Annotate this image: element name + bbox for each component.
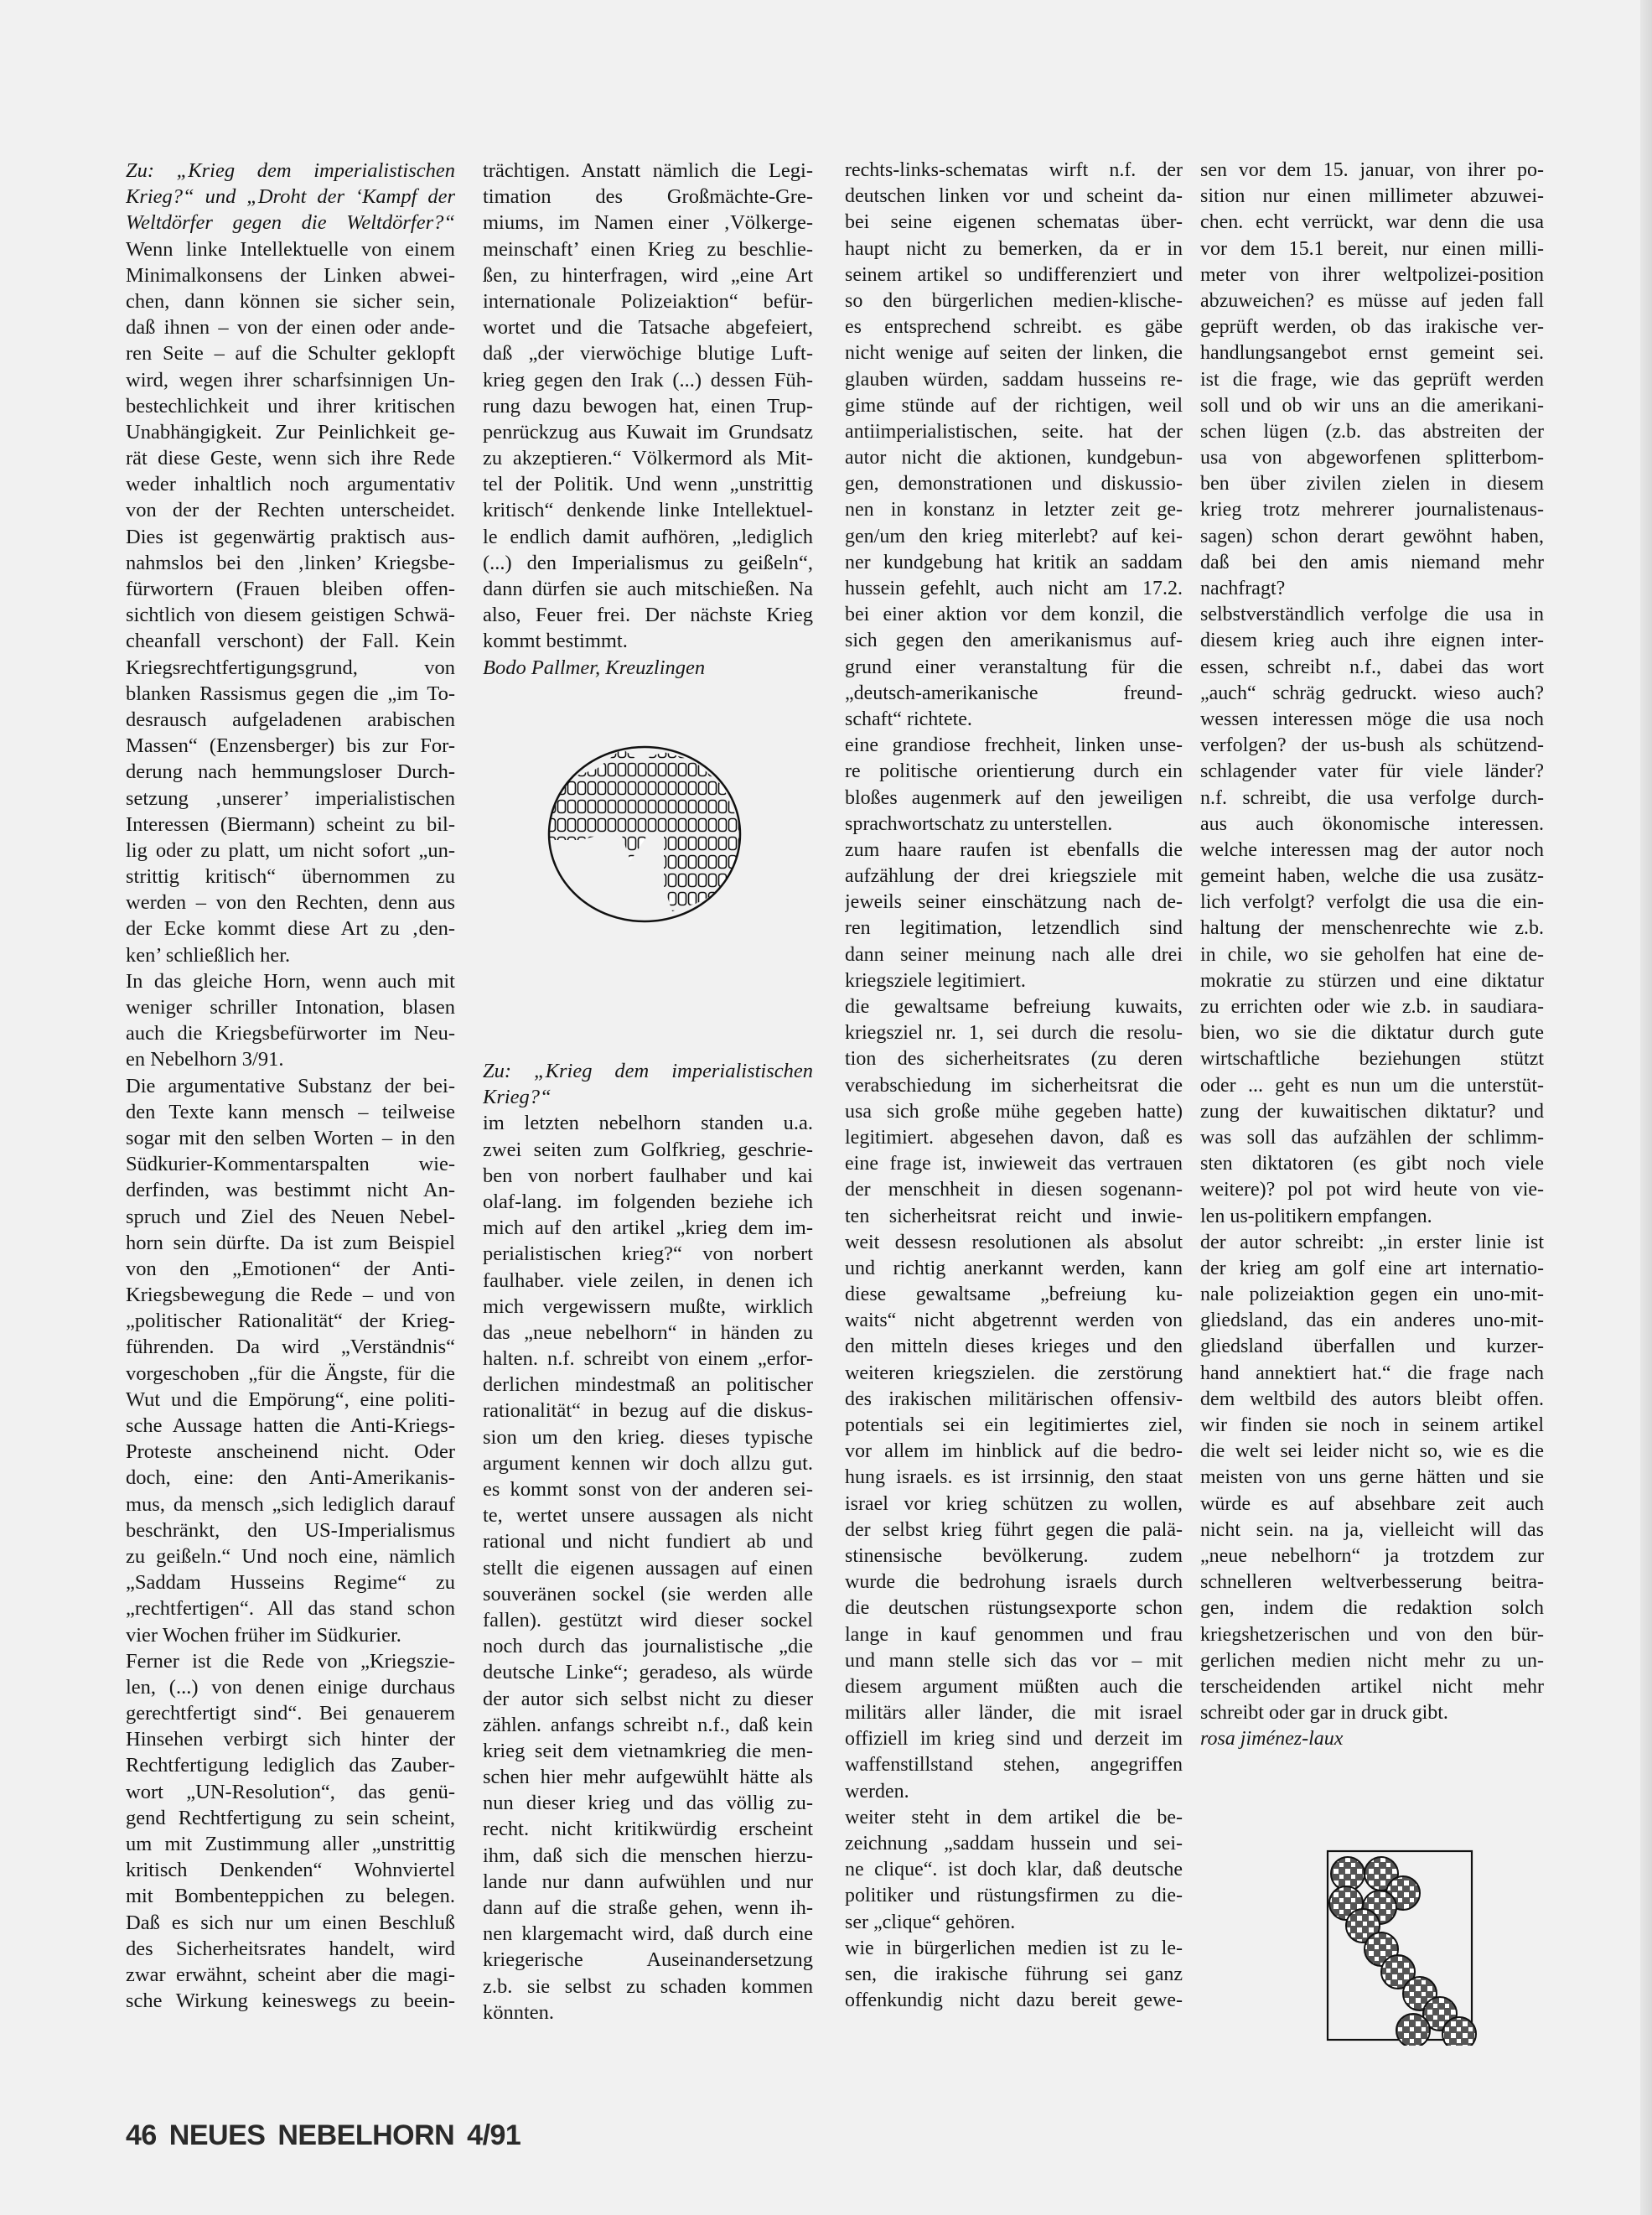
- text-line: dann auf die straße gehen, wenn ih-: [483, 1895, 813, 1921]
- text-line: diese gewaltsame „befreiung ku-: [845, 1282, 1183, 1308]
- text-line: den mitteln dieses krieges und den: [845, 1334, 1183, 1360]
- text-line: der selbst krieg führt gegen die palä-: [845, 1517, 1183, 1543]
- text-line: schen hier mehr aufgewühlt hätte als: [483, 1764, 813, 1790]
- text-line: autor nicht die aktionen, kundgebun-: [845, 445, 1183, 471]
- text-line: „auch“ schräg gedruckt. wieso auch?: [1200, 681, 1544, 707]
- text-line: politiker und rüstungsfirmen zu die-: [845, 1883, 1183, 1909]
- text-line: penrückzug aus Kuwait im Grundsatz: [483, 419, 813, 445]
- text-line: strittig kritisch“ übernommen zu: [126, 864, 455, 890]
- text-line: also, Feuer frei. Der nächste Krieg: [483, 602, 813, 628]
- text-line: eine grandiose frechheit, linken unse-: [845, 733, 1183, 759]
- text-line: In das gleiche Horn, wenn auch mit: [126, 968, 455, 994]
- text-line: terscheidenden artikel nicht mehr: [1200, 1674, 1544, 1700]
- text-line: trächtigen. Anstatt nämlich die Legi-: [483, 158, 813, 184]
- text-line: werden – von den Rechten, denn aus: [126, 890, 455, 916]
- text-line: horn sein dürfte. Da ist zum Beispiel: [126, 1230, 455, 1256]
- text-line: setzung ‚unserer’ imperialistischen: [126, 786, 455, 812]
- letter-signature: Bodo Pallmer, Kreuzlingen: [483, 655, 813, 681]
- text-line: Kriegsrechtfertigungsgrund, von: [126, 655, 455, 681]
- text-line: re politische orientierung durch ein: [845, 759, 1183, 785]
- text-line: mus, da mensch „sich lediglich darauf: [126, 1491, 455, 1517]
- text-line: mokratie zu stürzen und eine diktatur: [1200, 968, 1544, 994]
- text-line: zum haare raufen ist ebenfalls die: [845, 838, 1183, 864]
- text-line: des Sicherheitsrates handelt, wird: [126, 1936, 455, 1962]
- text-line: zu akzeptieren.“ Völkermord als Mit-: [483, 445, 813, 471]
- text-line: militärs aller länder, die mit israel: [845, 1700, 1183, 1726]
- text-line: daß „der vierwöchige blutige Luft-: [483, 340, 813, 366]
- text-line: mich auf den artikel „krieg dem im-: [483, 1215, 813, 1241]
- text-line: seinem artikel so undifferenziert und: [845, 262, 1183, 288]
- text-line: „deutsch-amerikanische freund-: [845, 681, 1183, 707]
- text-line: sen vor dem 15. januar, von ihrer po-: [1200, 158, 1544, 184]
- text-line: sche Aussage hatten die Anti-Kriegs-: [126, 1413, 455, 1439]
- text-line: tel der Politik. Und wenn „unstrittig: [483, 471, 813, 497]
- text-line: chen, dann können sie sicher sein,: [126, 288, 455, 314]
- column-1: Zu: „Krieg dem imperialistischenKrieg?“ …: [126, 158, 455, 2014]
- text-line: sen, die irakische führung sei ganz: [845, 1962, 1183, 1988]
- text-line: derlichen mindestmaß an politischer: [483, 1372, 813, 1398]
- text-line: hand annektiert hat.“ die frage nach: [1200, 1361, 1544, 1387]
- text-line: nun dieser krieg und das völlig zu-: [483, 1790, 813, 1816]
- text-line: die welt sei leider nicht so, wie es die: [1200, 1439, 1544, 1465]
- text-line: diesem krieg auch ihre eignen inter-: [1200, 628, 1544, 654]
- column-4: sen vor dem 15. januar, von ihrer po-sit…: [1200, 158, 1544, 1752]
- text-line: soll und ob wir uns an die amerikani-: [1200, 393, 1544, 419]
- text-line: weiteren kriegszielen. die zerstörung: [845, 1361, 1183, 1387]
- text-line: beschränkt, den US-Imperialismus: [126, 1517, 455, 1543]
- text-line: selbstverständlich verfolge die usa in: [1200, 602, 1544, 628]
- text-line: kriegshetzerischen und von den bür-: [1200, 1622, 1544, 1648]
- text-line: perialistischen krieg?“ von norbert: [483, 1241, 813, 1267]
- text-line: sich gegen den amerikanismus auf-: [845, 628, 1183, 654]
- text-line: diesem argument müßten auch die: [845, 1674, 1183, 1700]
- text-line: wirtschaftliche beziehungen stützt: [1200, 1046, 1544, 1072]
- text-line: kritisch Denkenden“ Wohnviertel: [126, 1857, 455, 1883]
- text-line: offiziell im krieg sind und derzeit im: [845, 1726, 1183, 1752]
- text-line: zwar erwähnt, scheint aber die magi-: [126, 1962, 455, 1988]
- text-line: ist die frage, wie das geprüft werden: [1200, 367, 1544, 393]
- text-line: nahmslos bei den ‚linken’ Kriegsbe-: [126, 550, 455, 576]
- text-line: legitimiert. abgesehen davon, daß es: [845, 1125, 1183, 1151]
- text-line: potentials sei ein legitimiertes ziel,: [845, 1413, 1183, 1439]
- text-line: daß ihnen – von der einen oder ande-: [126, 314, 455, 340]
- text-line: schreibt oder gar in druck gibt.: [1200, 1700, 1544, 1726]
- text-line: mich vergewissern mußte, wirklich: [483, 1294, 813, 1320]
- text-line: gliedsland überfallen und kurzer-: [1200, 1334, 1544, 1360]
- text-line: um mit Zustimmung aller „unstrittig: [126, 1831, 455, 1857]
- text-line: nen klargemacht wird, daß durch eine: [483, 1921, 813, 1947]
- text-line: sagen) schon derart gewöhnt haben,: [1200, 524, 1544, 550]
- text-line: glauben würden, saddam husseins re-: [845, 367, 1183, 393]
- column-2-top: trächtigen. Anstatt nämlich die Legi-tim…: [483, 158, 813, 681]
- text-line: welche interessen mag der autor noch: [1200, 838, 1544, 864]
- text-line: auch die Kriegsbefürworter im Neu-: [126, 1020, 455, 1046]
- text-line: chen. echt verrückt, war denn die usa: [1200, 210, 1544, 236]
- text-line: dem weltbild des autors bleibt offen.: [1200, 1387, 1544, 1413]
- text-line: (...) den Imperialismus zu geißeln“,: [483, 550, 813, 576]
- text-line: sichtlich von diesem geistigen Schwä-: [126, 602, 455, 628]
- text-line: nachfragt?: [1200, 576, 1544, 602]
- text-line: rechts-links-schematas wirft n.f. der: [845, 158, 1183, 184]
- text-line: gliedsland, das ein anderes uno-mit-: [1200, 1308, 1544, 1334]
- text-line: aufzählung der drei kriegsziele mit: [845, 864, 1183, 890]
- text-line: zu geißeln.“ Und noch eine, nämlich: [126, 1543, 455, 1569]
- text-line: Interessen (Biermann) scheint zu bil-: [126, 812, 455, 838]
- text-line: „politischer Rationalität“ der Krieg-: [126, 1308, 455, 1334]
- letter-heading-line: Krieg?“ und „Droht der ‘Kampf der: [126, 184, 455, 210]
- text-line: lig oder zu platt, um nicht sofort „un-: [126, 838, 455, 864]
- text-line: der autor sich selbst nicht zu dieser: [483, 1686, 813, 1712]
- text-line: zwei seiten zum Golfkrieg, geschrie-: [483, 1137, 813, 1163]
- text-line: verfolgen? der us-bush als schützend-: [1200, 733, 1544, 759]
- text-line: die deutschen rüstungsexporte schon: [845, 1595, 1183, 1621]
- text-line: hung israels. es ist irrsinnig, den staa…: [845, 1465, 1183, 1491]
- text-line: bloßes augenmerk auf den jeweiligen: [845, 786, 1183, 812]
- text-line: deutschen linken vor und scheint da-: [845, 184, 1183, 210]
- text-line: zu errichten oder wie z.b. in saudiara-: [1200, 994, 1544, 1020]
- text-line: verabschiedung im sicherheitsrat die: [845, 1073, 1183, 1099]
- text-line: len, (...) von denen einige durchaus: [126, 1674, 455, 1700]
- text-line: der krieg am golf eine art internatio-: [1200, 1256, 1544, 1282]
- text-line: ben über zivilen zielen in diesem: [1200, 471, 1544, 497]
- text-line: handlungsangebot ernst gemeint sei.: [1200, 340, 1544, 366]
- text-line: nicht sein. na ja, vielleicht will das: [1200, 1517, 1544, 1543]
- text-line: te, wertet unsere aussagen als nicht: [483, 1502, 813, 1528]
- text-line: und mann stelle sich das vor – mit: [845, 1648, 1183, 1674]
- text-line: rational und nicht fundiert ab und: [483, 1528, 813, 1554]
- text-line: schaft“ richtete.: [845, 707, 1183, 733]
- text-line: Dies ist gegenwärtig praktisch aus-: [126, 524, 455, 550]
- text-line: derfinden, was bestimmt nicht An-: [126, 1177, 455, 1203]
- text-line: würde es auf absehbare zeit auch: [1200, 1491, 1544, 1517]
- text-line: nicht wenige auf seiten der linken, die: [845, 340, 1183, 366]
- text-line: grund einer veranstaltung für die: [845, 655, 1183, 681]
- text-line: Wut und die Empörung“, eine politi-: [126, 1387, 455, 1413]
- text-line: eine frage ist, inwieweit das vertrauen: [845, 1151, 1183, 1177]
- text-line: blanken Rassismus gegen die „im To-: [126, 681, 455, 707]
- text-line: Minimalkonsens der Linken abwei-: [126, 262, 455, 288]
- text-line: en Nebelhorn 3/91.: [126, 1046, 455, 1072]
- publication-title: NEUES NEBELHORN: [169, 2119, 454, 2151]
- column-2-bottom: Zu: „Krieg dem imperialistischenKrieg?“i…: [483, 1058, 813, 2026]
- text-line: ihm, daß sich die menschen hierzu-: [483, 1843, 813, 1869]
- letter-heading-line: Zu: „Krieg dem imperialistischen: [483, 1058, 813, 1084]
- text-line: abzuweichen? es müsse auf jeden fall: [1200, 288, 1544, 314]
- text-line: antiimperialistischen, seite. hat der: [845, 419, 1183, 445]
- text-line: usa von abgeworfenen splitterbom-: [1200, 445, 1544, 471]
- letter-signature: rosa jiménez-laux: [1200, 1726, 1544, 1752]
- text-line: daß bei den amis niemand mehr: [1200, 550, 1544, 576]
- text-line: ren legitimation, letzendlich sind: [845, 916, 1183, 942]
- text-line: zählen. anfangs schreibt n.f., daß kein: [483, 1712, 813, 1738]
- text-line: kriegsziele legitimiert.: [845, 968, 1183, 994]
- text-line: hussein gefehlt, auch nicht am 17.2.: [845, 576, 1183, 602]
- text-line: sche Wirkung keineswegs zu beein-: [126, 1988, 455, 2014]
- text-line: Wenn linke Intellektuelle von einem: [126, 236, 455, 262]
- text-line: ben von norbert faulhaber und kai: [483, 1163, 813, 1189]
- letter-heading-line: Weltdörfer gegen die Weltdörfer?“: [126, 210, 455, 236]
- text-line: souveränen sockel (sie werden alle: [483, 1581, 813, 1607]
- text-line: kommt bestimmt.: [483, 628, 813, 654]
- text-line: usa sich große mühe gegeben hatte): [845, 1099, 1183, 1125]
- text-line: Hinsehen verbirgt sich hinter der: [126, 1726, 455, 1752]
- text-line: wir finden sie noch in seinem artikel: [1200, 1413, 1544, 1439]
- text-line: bei seine eigenen schematas über-: [845, 210, 1183, 236]
- text-line: meisten von uns gerne hätten und sie: [1200, 1465, 1544, 1491]
- text-line: rationalität“ in bezug auf die diskus-: [483, 1398, 813, 1424]
- text-line: vor allem im hinblick auf die bedro-: [845, 1439, 1183, 1465]
- text-line: deutsche Linke“; geradeso, als würde: [483, 1659, 813, 1685]
- text-line: und richtig anerkannt werden, kann: [845, 1256, 1183, 1282]
- text-line: weiter steht in dem artikel die be-: [845, 1805, 1183, 1831]
- text-line: weder inhaltlich noch argumentativ: [126, 471, 455, 497]
- letter-heading-line: Krieg?“: [483, 1084, 813, 1110]
- text-line: desrausch aufgeladenen arabischen: [126, 707, 455, 733]
- text-line: stellt die eigenen aussagen auf einen: [483, 1555, 813, 1581]
- text-line: derung nach hemmungsloser Durch-: [126, 759, 455, 785]
- text-line: in chile, wo sie geholfen hat eine de-: [1200, 942, 1544, 968]
- text-line: geprüft werden, ob das irakische ver-: [1200, 314, 1544, 340]
- chain-illustration: [1321, 1844, 1480, 2046]
- text-line: len us-politikern empfangen.: [1200, 1204, 1544, 1230]
- page-footer: 46 NEUES NEBELHORN 4/91: [126, 2119, 520, 2152]
- text-line: Südkurier-Kommentarspalten wie-: [126, 1151, 455, 1177]
- text-line: könnten.: [483, 2000, 813, 2026]
- text-line: Daß es sich nur um einen Beschluß: [126, 1910, 455, 1936]
- text-line: ne clique“. ist doch klar, daß deutsche: [845, 1857, 1183, 1883]
- text-line: rät diese Geste, wenn sich ihre Rede: [126, 445, 455, 471]
- text-line: gen/um den krieg miterlebt? auf kei-: [845, 524, 1183, 550]
- text-line: gen, demonstrationen und diskussio-: [845, 471, 1183, 497]
- text-line: Rechtfertigung lediglich das Zauber-: [126, 1752, 455, 1778]
- text-line: stinensische bevölkerung. zudem: [845, 1543, 1183, 1569]
- text-line: n.f. schreibt, die usa verfolge durch-: [1200, 786, 1544, 812]
- text-line: schlagender vater für viele länder?: [1200, 759, 1544, 785]
- text-line: gerlichen medien nicht mehr zu un-: [1200, 1648, 1544, 1674]
- text-line: offenkundig nicht dazu bereit gewe-: [845, 1988, 1183, 2014]
- text-line: tion des sicherheitsrates (zu deren: [845, 1046, 1183, 1072]
- text-line: weitere)? pol pot wird heute von vie-: [1200, 1177, 1544, 1203]
- text-line: weit dessesn resolutionen als absolut: [845, 1230, 1183, 1256]
- text-line: bei einer aktion vor dem konzil, die: [845, 602, 1183, 628]
- text-line: lande nur dann aufwühlen und nur: [483, 1869, 813, 1895]
- text-line: timation des Großmächte-Gre-: [483, 184, 813, 210]
- text-line: oder ... geht es nun um die unterstüt-: [1200, 1073, 1544, 1099]
- text-line: krieg seit dem vietnamkrieg die men-: [483, 1738, 813, 1764]
- letter-heading-line: Zu: „Krieg dem imperialistischen: [126, 158, 455, 184]
- text-line: nen in konstanz in letzter zeit ge-: [845, 497, 1183, 523]
- text-line: olaf-lang. im folgenden beziehe ich: [483, 1189, 813, 1215]
- text-line: faulhaber. viele zeilen, in denen ich: [483, 1268, 813, 1294]
- text-line: Die argumentative Substanz der bei-: [126, 1073, 455, 1099]
- text-line: gend Rechtfertigung zu sein scheint,: [126, 1805, 455, 1831]
- text-line: gen, indem die redaktion solch: [1200, 1595, 1544, 1621]
- text-line: fürwortern (Frauen bleiben offen-: [126, 576, 455, 602]
- text-line: haltung der menschenrechte wie z.b.: [1200, 916, 1544, 942]
- text-line: Proteste anscheinend nicht. Oder: [126, 1439, 455, 1465]
- globe-illustration: [546, 744, 743, 924]
- text-line: den Texte kann mensch – teilweise: [126, 1099, 455, 1125]
- text-line: Unabhängigkeit. Zur Peinlichkeit ge-: [126, 419, 455, 445]
- text-line: bien, wo sie die diktatur durch gute: [1200, 1020, 1544, 1046]
- text-line: sogar mit den selben Worten – in den: [126, 1125, 455, 1151]
- text-line: weniger schriller Intonation, blasen: [126, 994, 455, 1020]
- text-line: ten sicherheitsrat reicht und inwie-: [845, 1204, 1183, 1230]
- text-line: bestechlichkeit und ihrer kritischen: [126, 393, 455, 419]
- text-line: „Saddam Husseins Regime“ zu: [126, 1569, 455, 1595]
- text-line: schen lügen (z.b. das abstreiten der: [1200, 419, 1544, 445]
- text-line: dann seiner meinung nach alle drei: [845, 942, 1183, 968]
- text-line: le endlich damit aufhören, „lediglich: [483, 524, 813, 550]
- text-line: nale polizeiaktion gegen ein uno-mit-: [1200, 1282, 1544, 1308]
- text-line: essen, schreibt n.f., dabei das wort: [1200, 655, 1544, 681]
- text-line: zeichnung „saddam hussein und sei-: [845, 1831, 1183, 1857]
- text-line: haupt nicht zu bemerken, da er in: [845, 236, 1183, 262]
- text-line: schnelleren weltverbesserung beitra-: [1200, 1569, 1544, 1595]
- text-line: Kriegsbewegung die Rede – und von: [126, 1282, 455, 1308]
- text-line: dann dürfen sie auch mitschießen. Na: [483, 576, 813, 602]
- text-line: der autor schreibt: „in erster linie ist: [1200, 1230, 1544, 1256]
- text-line: von den „Emotionen“ der Anti-: [126, 1256, 455, 1282]
- text-line: wird, wegen ihrer scharfsinnigen Un-: [126, 367, 455, 393]
- text-line: waits“ nicht abgetrennt werden von: [845, 1308, 1183, 1334]
- column-3: rechts-links-schematas wirft n.f. derdeu…: [845, 158, 1183, 2014]
- text-line: wessen interessen möge die usa noch: [1200, 707, 1544, 733]
- text-line: ßen, zu hinterfragen, wird „eine Art: [483, 262, 813, 288]
- text-line: führenden. Da wird „Verständnis“: [126, 1334, 455, 1360]
- text-line: halten. n.f. schreibt von einem „erfor-: [483, 1346, 813, 1372]
- text-line: ren Seite – auf die Schulter geklopft: [126, 340, 455, 366]
- text-line: kriegsziel nr. 1, sei durch die resolu-: [845, 1020, 1183, 1046]
- text-line: gemeint haben, welche die usa zusätz-: [1200, 864, 1544, 890]
- text-line: „neue nebelhorn“ ja trotzdem zur: [1200, 1543, 1544, 1569]
- text-line: wurde die bedrohung israels durch: [845, 1569, 1183, 1595]
- text-line: der menschheit in diesen sogenann-: [845, 1177, 1183, 1203]
- text-line: Ferner ist die Rede von „Kriegszie-: [126, 1648, 455, 1674]
- text-line: israel vor krieg schützen zu wollen,: [845, 1491, 1183, 1517]
- text-line: die gewaltsame befreiung kuwaits,: [845, 994, 1183, 1020]
- text-line: so den bürgerlichen medien-klische-: [845, 288, 1183, 314]
- text-line: internationale Polizeiaktion“ befür-: [483, 288, 813, 314]
- text-line: meinschaft’ einen Krieg zu beschlie-: [483, 236, 813, 262]
- text-line: gime stünde auf der richtigen, weil: [845, 393, 1183, 419]
- text-line: noch durch das journalistische „die: [483, 1633, 813, 1659]
- text-line: im letzten nebelhorn standen u.a.: [483, 1110, 813, 1136]
- text-line: wie in bürgerlichen medien ist zu le-: [845, 1936, 1183, 1962]
- text-line: aus auch ökonomische interessen.: [1200, 812, 1544, 838]
- text-line: sten diktatoren (es gibt noch viele: [1200, 1151, 1544, 1177]
- text-line: rung dazu bewogen hat, einen Trup-: [483, 393, 813, 419]
- text-line: sition nur einen millimeter abzuwei-: [1200, 184, 1544, 210]
- issue-number: 4/91: [467, 2119, 520, 2151]
- text-line: mit Bombenteppichen zu belegen.: [126, 1883, 455, 1909]
- text-line: waffenstillstand stehen, angegriffen: [845, 1752, 1183, 1778]
- text-line: es entsprechend schreibt. es gäbe: [845, 314, 1183, 340]
- page-edge: [1640, 0, 1652, 2215]
- text-line: vorgeschoben „für die Ängste, für die: [126, 1361, 455, 1387]
- text-line: cheanfall verschont) der Fall. Kein: [126, 628, 455, 654]
- text-line: krieg trotz mehrerer journalistenaus-: [1200, 497, 1544, 523]
- text-line: z.b. sie selbst zu schaden kommen: [483, 1974, 813, 2000]
- text-line: jeweils seiner einschätzung nach de-: [845, 890, 1183, 916]
- text-line: kritisch“ denkende linke Intellektuel-: [483, 497, 813, 523]
- text-line: es kommt sonst von der anderen sei-: [483, 1476, 813, 1502]
- text-line: Massen“ (Enzensberger) bis zur For-: [126, 733, 455, 759]
- text-line: des irakischen militärischen offensiv-: [845, 1387, 1183, 1413]
- text-line: ner kundgebung hat kritik an saddam: [845, 550, 1183, 576]
- text-line: das „neue nebelhorn“ in händen zu: [483, 1320, 813, 1346]
- text-line: vier Wochen früher im Südkurier.: [126, 1622, 455, 1648]
- text-line: lich verfolgt? verfolgt die usa die ein-: [1200, 890, 1544, 916]
- text-line: von der der Rechten unterscheidet.: [126, 497, 455, 523]
- text-line: spruch und Ziel des Neuen Nebel-: [126, 1204, 455, 1230]
- text-line: kriegerische Auseinandersetzung: [483, 1947, 813, 1973]
- text-line: sion um den krieg. dieses typische: [483, 1424, 813, 1450]
- text-line: ser „clique“ gehören.: [845, 1910, 1183, 1936]
- text-line: fallen). gestützt wird dieser sockel: [483, 1607, 813, 1633]
- text-line: recht. nicht kritikwürdig erscheint: [483, 1816, 813, 1842]
- text-line: argument kennen wir doch allzu gut.: [483, 1450, 813, 1476]
- text-line: lange in kauf genommen und frau: [845, 1622, 1183, 1648]
- text-line: was soll das aufzählen der schlimm-: [1200, 1125, 1544, 1151]
- text-line: „rechtfertigen“. All das stand schon: [126, 1595, 455, 1621]
- text-line: doch, eine: den Anti-Amerikanis-: [126, 1465, 455, 1491]
- text-line: werden.: [845, 1779, 1183, 1805]
- text-line: sprachwortschatz zu unterstellen.: [845, 812, 1183, 838]
- page-number: 46: [126, 2119, 157, 2151]
- text-line: ken’ schließlich her.: [126, 942, 455, 968]
- text-line: vor dem 15.1 bereit, nur einen milli-: [1200, 236, 1544, 262]
- text-line: wort „UN-Resolution“, das genü-: [126, 1779, 455, 1805]
- text-line: krieg gegen den Irak (...) dessen Füh-: [483, 367, 813, 393]
- text-line: meter von ihrer weltpolizei-position: [1200, 262, 1544, 288]
- text-line: gerechtfertigt sind“. Bei genauerem: [126, 1700, 455, 1726]
- text-line: zung der kuwaitischen diktatur? und: [1200, 1099, 1544, 1125]
- text-line: wortet und die Tatsache abgefeiert,: [483, 314, 813, 340]
- text-line: der Ecke kommt diese Art zu ‚den-: [126, 916, 455, 942]
- text-line: miums, im Namen einer ‚Völkerge-: [483, 210, 813, 236]
